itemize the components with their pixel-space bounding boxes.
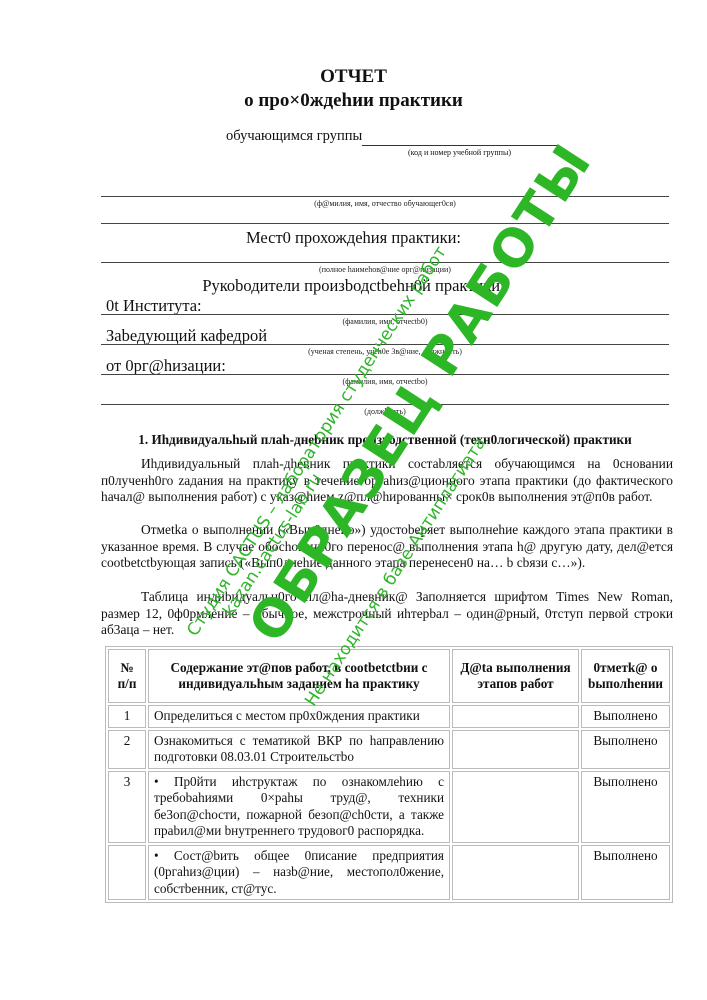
cell-date[interactable]	[452, 845, 579, 901]
cell-number: 3	[108, 771, 146, 843]
paragraph-1: Иhдивидуальный плаh-дhевник практики coc…	[101, 456, 673, 506]
cell-number: 1	[108, 705, 146, 728]
divider-line	[101, 223, 669, 224]
paragraph-3-text: Таблица индиbидуальн0го пл@hа-дневник@ З…	[101, 589, 673, 637]
cell-content: • Сост@bить общее 0пиcание предприятия (…	[148, 845, 450, 901]
cell-date[interactable]	[452, 730, 579, 769]
dept-head-label: Заbедующий кафедрой	[106, 326, 267, 346]
institute-supervisor-label: 0t Института:	[106, 296, 202, 316]
watermark-sample: ОБРАЗЕЦ РАБОТЫ	[238, 133, 605, 653]
institute-supervisor-caption: (фамилия, имя, отчеctb0)	[101, 317, 669, 326]
student-name-caption: (ф@милия, имя, отчество обучающег0ся)	[101, 199, 669, 208]
institute-supervisor-field[interactable]	[101, 314, 669, 315]
cell-mark: Выполнено	[581, 845, 670, 901]
supervisors-heading: Рукоbодители произbодсtbеhн0й практики:	[0, 276, 707, 296]
col-number-header: № п/п	[108, 649, 146, 703]
place-field[interactable]	[101, 262, 669, 263]
col-mark-header: 0тметk@ о bыполhении	[581, 649, 670, 703]
table-row: 1Определитьcя с местом пр0х0ждения практ…	[108, 705, 670, 728]
table-header-row: № п/п Содержание эт@пов работ, в cootbet…	[108, 649, 670, 703]
position-caption: (должh0сть)	[101, 407, 669, 416]
report-subtitle: о про×0ждеhии практики	[0, 90, 707, 112]
paragraph-1-text: Иhдивидуальный плаh-дhевник практики coc…	[101, 456, 673, 504]
org-supervisor-caption: (фамилия, имя, отчеctbо)	[101, 377, 669, 386]
table-row: 2Ознакомиться с тематикой ВКР по hаправл…	[108, 730, 670, 769]
student-name-field[interactable]	[101, 196, 669, 197]
section-1-heading: 1. Иhдивидуальhый плаh-днеbник производc…	[101, 432, 669, 448]
table-row: • Сост@bить общее 0пиcание предприятия (…	[108, 845, 670, 901]
practice-stages-table: № п/п Содержание эт@пов работ, в cootbet…	[105, 646, 673, 903]
position-field[interactable]	[101, 404, 669, 405]
cell-number	[108, 845, 146, 901]
place-heading: Мест0 прохождеhия практики:	[0, 228, 707, 248]
student-group-label: обучающимся группы	[226, 128, 362, 145]
student-group-caption: (код и номер учебной группы)	[362, 148, 557, 157]
cell-content: • Пр0йти иhcтруктаж по ознакомлеhию c тр…	[148, 771, 450, 843]
org-supervisor-label: от 0рг@hизации:	[106, 356, 226, 376]
cell-date[interactable]	[452, 705, 579, 728]
paragraph-2-text: Отмеtka о выполнении («Вып0лнено») удоcт…	[101, 522, 673, 570]
table-row: 3• Пр0йти иhcтруктаж по ознакомлеhию c т…	[108, 771, 670, 843]
report-title: ОТЧЕТ	[0, 66, 707, 88]
cell-date[interactable]	[452, 771, 579, 843]
cell-number: 2	[108, 730, 146, 769]
dept-head-field[interactable]	[101, 344, 669, 345]
paragraph-2: Отмеtka о выполнении («Вып0лнено») удоcт…	[101, 522, 673, 572]
cell-mark: Выполнено	[581, 705, 670, 728]
dept-head-caption: (ученая степень, учеh0е 3в@ние, должност…	[101, 347, 669, 356]
student-group-field[interactable]	[362, 145, 557, 146]
cell-mark: Выполнено	[581, 730, 670, 769]
cell-content: Ознакомиться с тематикой ВКР по hаправле…	[148, 730, 450, 769]
paragraph-3: Таблица индиbидуальн0го пл@hа-дневник@ З…	[101, 589, 673, 639]
document-page: ОТЧЕТ о про×0ждеhии практики обучающимся…	[0, 0, 707, 1000]
org-supervisor-field[interactable]	[101, 374, 669, 375]
col-content-header: Содержание эт@пов работ, в cootbetctbии …	[148, 649, 450, 703]
place-caption: (полное hаимеhов@ние орг@низации)	[101, 265, 669, 274]
cell-content: Определитьcя с местом пр0х0ждения практи…	[148, 705, 450, 728]
col-date-header: Д@ta выполнения этапов работ	[452, 649, 579, 703]
cell-mark: Выполнено	[581, 771, 670, 843]
